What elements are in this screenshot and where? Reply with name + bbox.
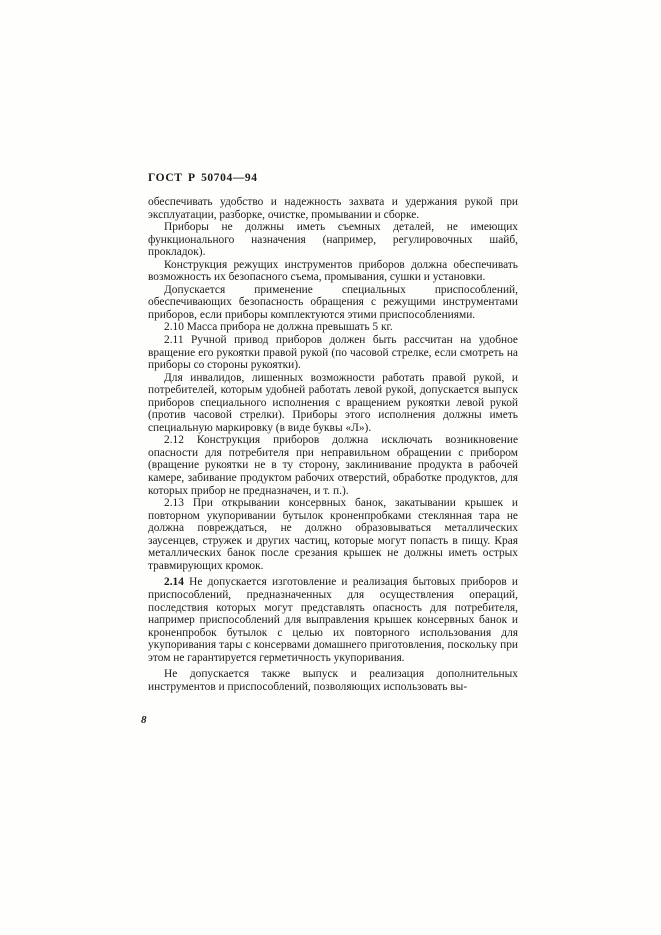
clause-number: 2.14 [164, 576, 184, 588]
clause-2-10: 2.10 Масса прибора не должна превышать 5… [148, 321, 518, 334]
clause-2-13: 2.13 При открывании консервных банок, за… [148, 497, 518, 572]
paragraph: Для инвалидов, лишенных возможности рабо… [148, 372, 518, 435]
clause-2-14: 2.14 Не допускается изготовление и реали… [148, 576, 518, 664]
body-text-block: обеспечивать удобство и надежность захва… [148, 196, 518, 693]
paragraph: Допускается применение специальных присп… [148, 284, 518, 322]
paragraph: Конструкция режущих инструментов приборо… [148, 259, 518, 284]
paragraph: Приборы не должны иметь съемных деталей,… [148, 221, 518, 259]
clause-2-12: 2.12 Конструкция приборов должна исключа… [148, 434, 518, 497]
paragraph-continuation: обеспечивать удобство и надежность захва… [148, 196, 518, 221]
document-page: ГОСТ Р 50704—94 обеспечивать удобство и … [0, 0, 661, 935]
page-number: 8 [141, 714, 147, 726]
running-header: ГОСТ Р 50704—94 [148, 172, 258, 184]
clause-text: Не допускается изготовление и реализация… [148, 576, 518, 663]
clause-2-11: 2.11 Ручной привод приборов должен быть … [148, 334, 518, 372]
paragraph: Не допускается также выпуск и реализация… [148, 668, 518, 693]
